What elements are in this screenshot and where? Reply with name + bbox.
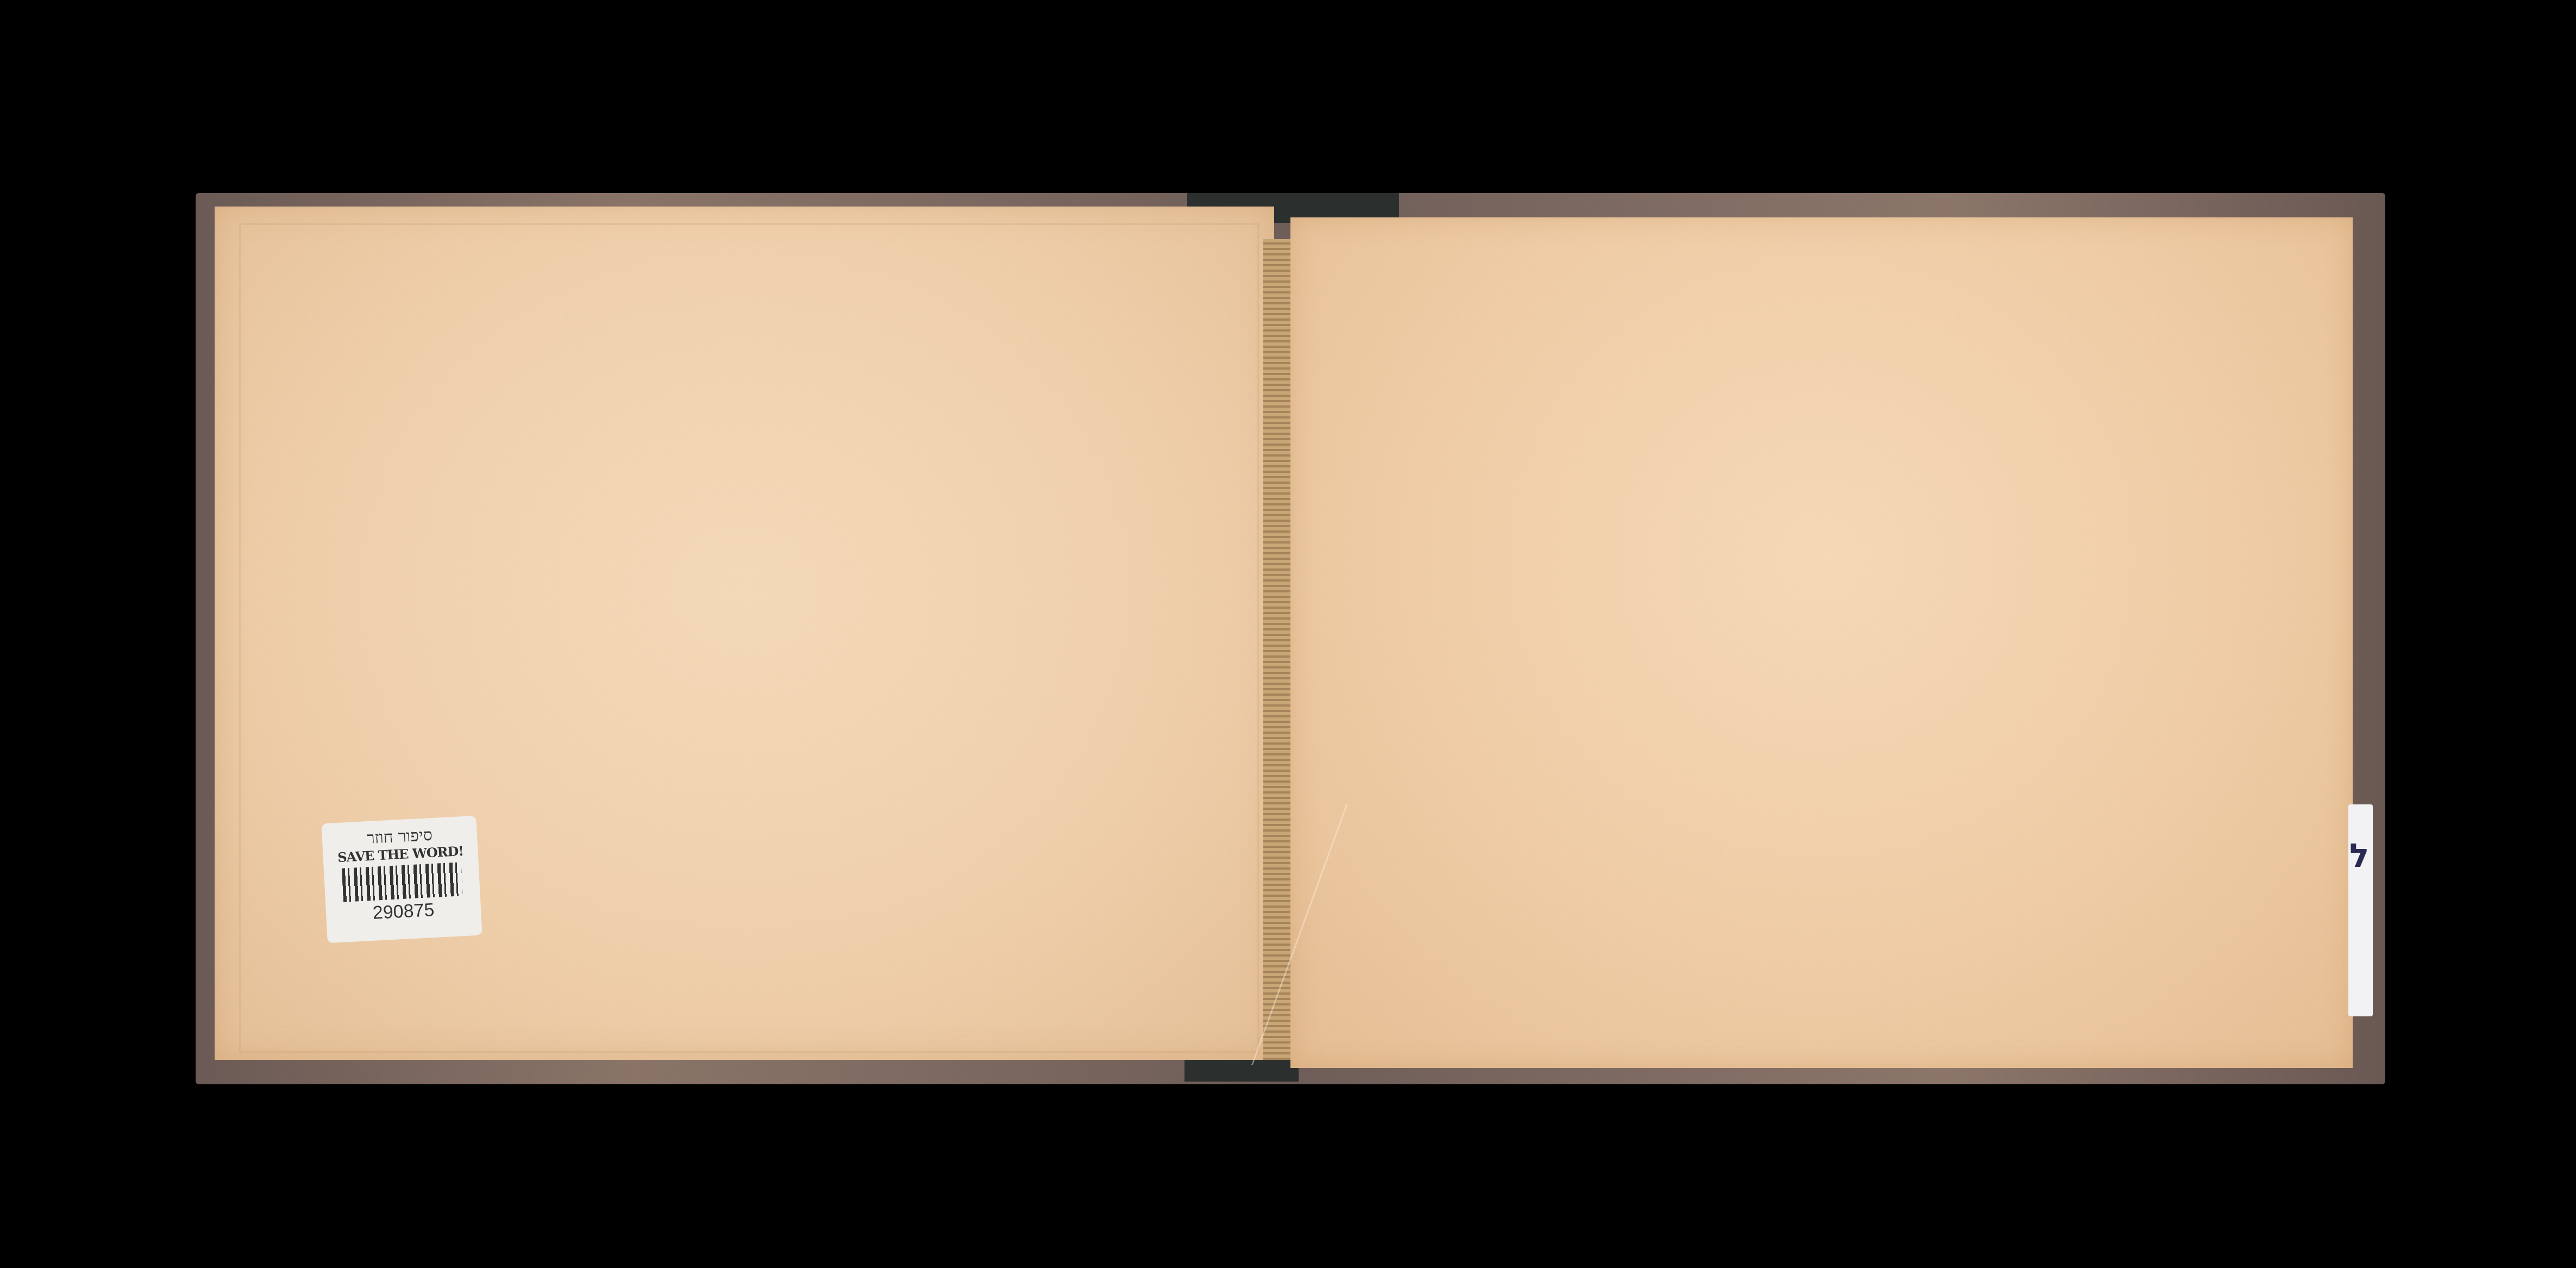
bookmark-glyph: ל: [2349, 837, 2369, 875]
sticker-brand: SAVE THE WORD!: [337, 843, 464, 865]
barcode-icon: [341, 862, 462, 902]
bookmark-slip: ל: [2348, 804, 2373, 1016]
right-page: [1290, 217, 2353, 1068]
sticker-barcode-number: 290875: [372, 900, 435, 924]
library-sticker: סיפור חוזר SAVE THE WORD! 290875: [321, 816, 482, 944]
